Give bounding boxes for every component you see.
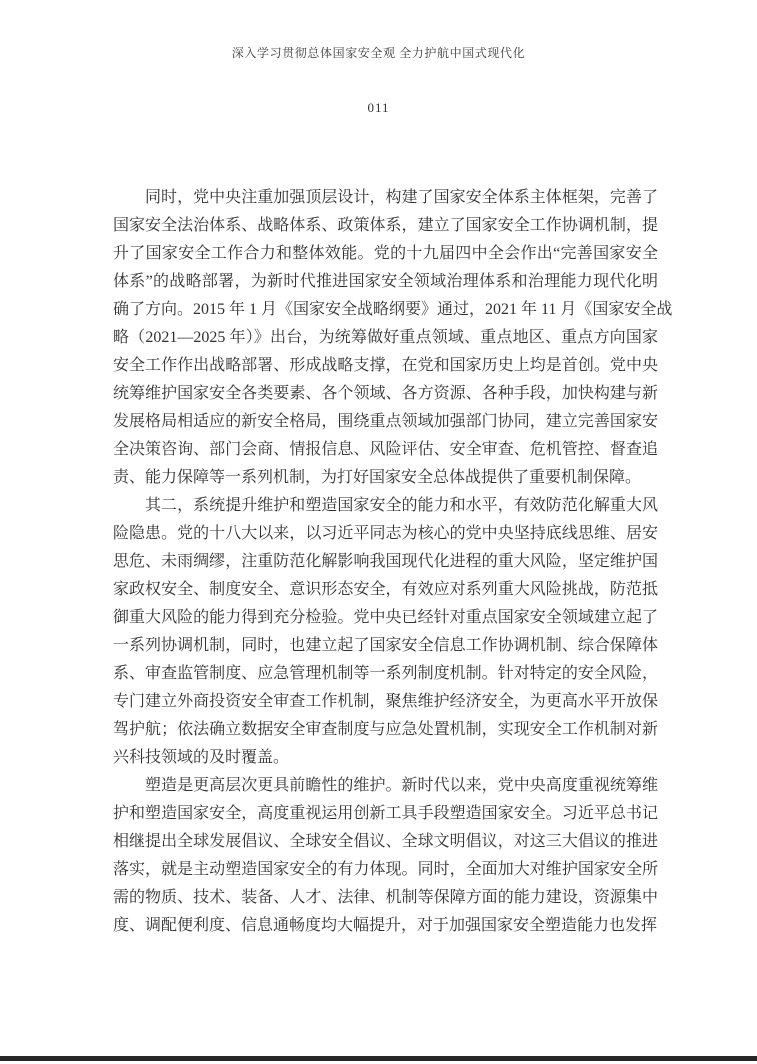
- text-line: 家政权安全、制度安全、意识形态安全，有效应对系列重大风险挑战，防范抵: [113, 576, 658, 604]
- text-line: 其二，系统提升维护和塑造国家安全的能力和水平，有效防范化解重大风: [113, 492, 658, 520]
- bottom-border-bar: [0, 1056, 757, 1061]
- text-line: 落实，就是主动塑造国家安全的有力体现。同时，全面加大对维护国家安全所: [113, 856, 658, 884]
- text-line: 系、审查监管制度、应急管理机制等一系列制度机制。针对特定的安全风险，: [113, 660, 658, 688]
- text-line: 略（2021—2025 年）》出台，为统筹做好重点领域、重点地区、重点方向国家: [113, 324, 658, 352]
- text-line: 思危、未雨绸缪，注重防范化解影响我国现代化进程的重大风险，坚定维护国: [113, 548, 658, 576]
- text-line: 确了方向。2015 年 1 月《国家安全战略纲要》通过，2021 年 11 月《…: [113, 296, 658, 324]
- body-text: 同时，党中央注重加强顶层设计，构建了国家安全体系主体框架，完善了国家安全法治体系…: [113, 184, 658, 940]
- text-line: 险隐患。党的十八大以来，以习近平同志为核心的党中央坚持底线思维、居安: [113, 520, 658, 548]
- text-line: 发展格局相适应的新安全格局，围绕重点领域加强部门协同，建立完善国家安: [113, 408, 658, 436]
- text-line: 一系列协调机制，同时，也建立起了国家安全信息工作协调机制、综合保障体: [113, 632, 658, 660]
- text-line: 同时，党中央注重加强顶层设计，构建了国家安全体系主体框架，完善了: [113, 184, 658, 212]
- text-line: 国家安全法治体系、战略体系、政策体系，建立了国家安全工作协调机制，提: [113, 212, 658, 240]
- text-line: 升了国家安全工作合力和整体效能。党的十九届四中全会作出“完善国家安全: [113, 240, 658, 268]
- text-line: 需的物质、技术、装备、人才、法律、机制等保障方面的能力建设，资源集中: [113, 884, 658, 912]
- text-line: 护和塑造国家安全，高度重视运用创新工具手段塑造国家安全。习近平总书记: [113, 800, 658, 828]
- text-line: 全决策咨询、部门会商、情报信息、风险评估、安全审查、危机管控、督查追: [113, 436, 658, 464]
- paragraph: 其二，系统提升维护和塑造国家安全的能力和水平，有效防范化解重大风险隐患。党的十八…: [113, 492, 658, 772]
- text-line: 驾护航；依法确立数据安全审查制度与应急处置机制，实现安全工作机制对新: [113, 716, 658, 744]
- text-line: 安全工作作出战略部署、形成战略支撑，在党和国家历史上均是首创。党中央: [113, 352, 658, 380]
- text-line: 体系”的战略部署，为新时代推进国家安全领域治理体系和治理能力现代化明: [113, 268, 658, 296]
- page-number: 011: [0, 100, 757, 116]
- text-line: 专门建立外商投资安全审查工作机制，聚焦维护经济安全，为更高水平开放保: [113, 688, 658, 716]
- text-line: 御重大风险的能力得到充分检验。党中央已经针对重点国家安全领域建立起了: [113, 604, 658, 632]
- text-line: 度、调配便利度、信息通畅度均大幅提升，对于加强国家安全塑造能力也发挥: [113, 912, 658, 940]
- text-line: 兴科技领域的及时覆盖。: [113, 744, 658, 772]
- paragraph: 同时，党中央注重加强顶层设计，构建了国家安全体系主体框架，完善了国家安全法治体系…: [113, 184, 658, 492]
- text-line: 相继提出全球发展倡议、全球安全倡议、全球文明倡议，对这三大倡议的推进: [113, 828, 658, 856]
- paragraph: 塑造是更高层次更具前瞻性的维护。新时代以来，党中央高度重视统筹维护和塑造国家安全…: [113, 772, 658, 940]
- text-line: 责、能力保障等一系列机制，为打好国家安全总体战提供了重要机制保障。: [113, 464, 658, 492]
- running-header: 深入学习贯彻总体国家安全观 全力护航中国式现代化: [0, 44, 757, 61]
- text-line: 塑造是更高层次更具前瞻性的维护。新时代以来，党中央高度重视统筹维: [113, 772, 658, 800]
- text-line: 统筹维护国家安全各类要素、各个领域、各方资源、各种手段，加快构建与新: [113, 380, 658, 408]
